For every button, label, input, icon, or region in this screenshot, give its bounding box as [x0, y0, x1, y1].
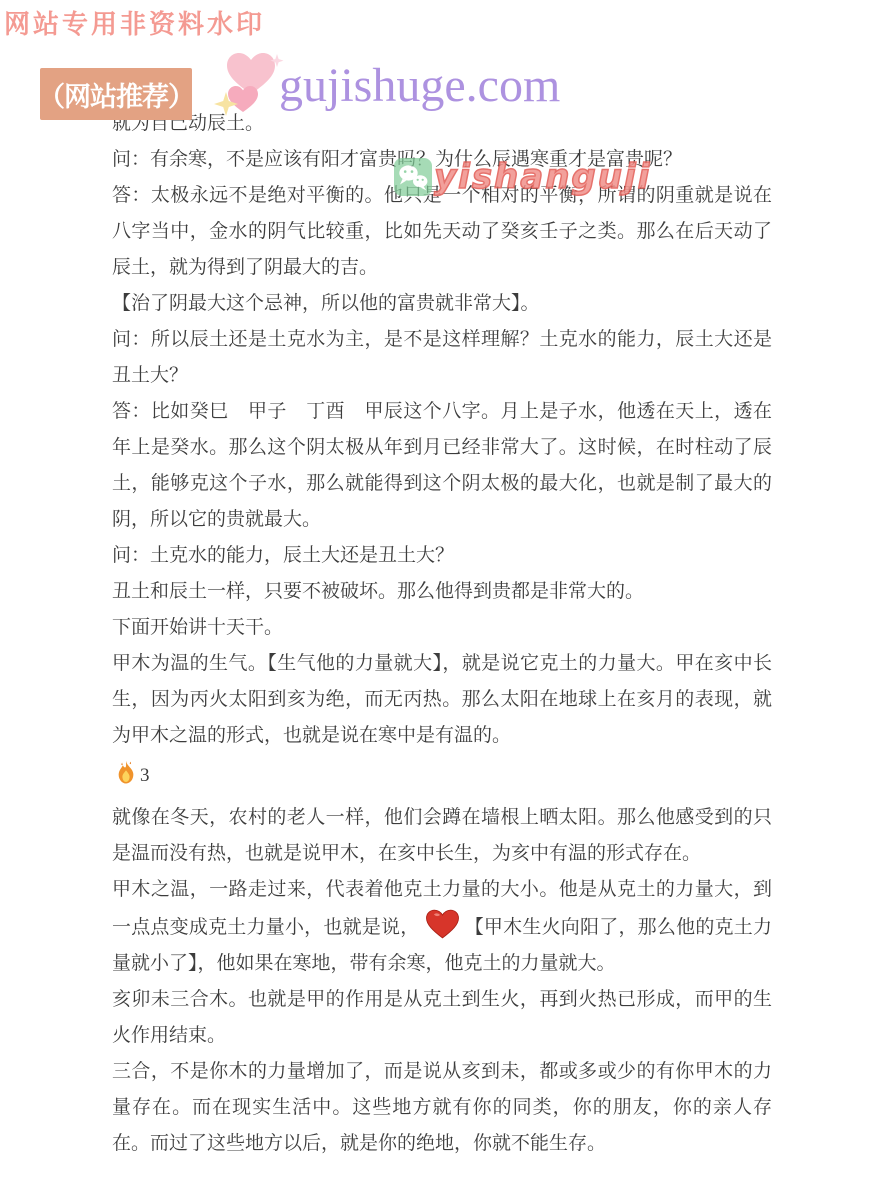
top-watermark-text: 网站专用非资料水印	[4, 4, 265, 41]
text-run: 答：太极永远不是绝对平衡的。他只是一个相对的平衡，所谓的阴重就是说在八字当中，金…	[112, 185, 772, 278]
text-run: 丑土和辰土一样，只要不被破坏。那么他得到贵都是非常大的。	[112, 581, 644, 602]
paragraph-15: 三合，不是你木的力量增加了，而是说从亥到未，都或多或少的有你甲木的力量存在。而在…	[112, 1054, 772, 1162]
paragraph-4: 【治了阴最大这个忌神，所以他的富贵就非常大】。	[112, 286, 772, 322]
site-recommend-badge: （网站推荐）	[40, 68, 192, 120]
text-run: 下面开始讲十天干。	[112, 617, 283, 638]
text-run: 问：所以辰土还是土克水为主，是不是这样理解？土克水的能力，辰土大还是丑土大？	[112, 329, 772, 386]
text-run: 三合，不是你木的力量增加了，而是说从亥到未，都或多或少的有你甲木的力量存在。而在…	[112, 1061, 772, 1154]
paragraph-14: 亥卯未三合木。也就是甲的作用是从克土到生火，再到火热已形成，而甲的生火作用结束。	[112, 982, 772, 1054]
text-run: 亥卯未三合木。也就是甲的作用是从克土到生火，再到火热已形成，而甲的生火作用结束。	[112, 989, 772, 1046]
document-page: 网站专用非资料水印 （网站推荐） gujishuge.com	[0, 0, 883, 1185]
paragraph-12: 就像在冬天，农村的老人一样，他们会蹲在墙根上晒太阳。那么他感受到的只是温而没有热…	[112, 800, 772, 872]
text-run: 3	[140, 765, 150, 786]
paragraph-7: 问：土克水的能力，辰土大还是丑土大？	[112, 538, 772, 574]
site-name-text: gujishuge.com	[279, 58, 560, 113]
text-run: 甲木为温的生气。【生气他的力量就大】，就是说它克土的力量大。甲在亥中长生，因为丙…	[112, 653, 772, 746]
paragraph-6: 答：比如癸巳 甲子 丁酉 甲辰这个八字。月上是子水，他透在天上，透在年上是癸水。…	[112, 394, 772, 538]
wechat-icon	[394, 158, 432, 196]
text-run: 【治了阴最大这个忌神，所以他的富贵就非常大】。	[112, 293, 540, 314]
fire-icon	[112, 758, 140, 788]
mid-watermark: yishanguji	[394, 158, 651, 196]
paragraph-10: 甲木为温的生气。【生气他的力量就大】，就是说它克土的力量大。甲在亥中长生，因为丙…	[112, 646, 772, 754]
text-run: 就像在冬天，农村的老人一样，他们会蹲在墙根上晒太阳。那么他感受到的只是温而没有热…	[112, 807, 772, 864]
badge-label: （网站推荐）	[38, 75, 194, 114]
heart-icon	[420, 908, 465, 940]
document-text: 就为自己动辰土。问：有余寒，不是应该有阳才富贵吗？为什么辰遇寒重才是富贵呢？答：…	[112, 106, 772, 1162]
paragraph-13: 甲木之温，一路走过来，代表着他克土力量的大小。他是从克土的力量大，到一点点变成克…	[112, 872, 772, 982]
paragraph-5: 问：所以辰土还是土克水为主，是不是这样理解？土克水的能力，辰土大还是丑土大？	[112, 322, 772, 394]
mid-watermark-text: yishanguji	[434, 158, 651, 196]
text-run: 问：土克水的能力，辰土大还是丑土大？	[112, 545, 454, 566]
fire-marker-line: 3	[112, 758, 772, 794]
paragraph-8: 丑土和辰土一样，只要不被破坏。那么他得到贵都是非常大的。	[112, 574, 772, 610]
text-run: 答：比如癸巳 甲子 丁酉 甲辰这个八字。月上是子水，他透在天上，透在年上是癸水。…	[112, 401, 772, 530]
paragraph-9: 下面开始讲十天干。	[112, 610, 772, 646]
